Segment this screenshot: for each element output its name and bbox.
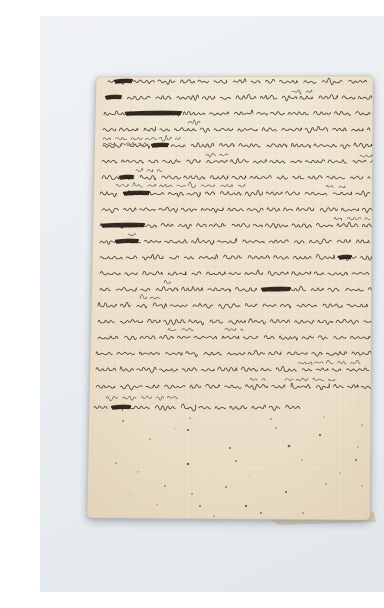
ink-bleed-spot — [245, 505, 247, 507]
ink-bleed-spot — [339, 472, 341, 474]
strikethrough-mark — [102, 224, 144, 227]
ink-bleed-spot — [156, 504, 158, 506]
ink-bleed-spot — [225, 486, 227, 488]
ink-bleed-spot — [275, 427, 277, 429]
ink-bleed-spot — [149, 438, 151, 440]
strikethrough-mark — [262, 288, 290, 291]
ink-bleed-spot — [323, 416, 324, 417]
ink-bleed-spot — [174, 428, 175, 429]
manuscript-photo — [40, 16, 384, 592]
ink-bleed-spot — [361, 424, 363, 426]
ink-bleed-spot — [137, 471, 138, 472]
ink-bleed-spot — [164, 485, 166, 487]
ink-bleed-spot — [285, 491, 287, 493]
strikethrough-mark — [116, 240, 138, 243]
strikethrough-mark — [124, 192, 149, 195]
ink-bleed-spot — [319, 434, 321, 436]
photograph-background: Photograph of a single manuscript page: … — [40, 16, 384, 592]
strikethrough-mark — [152, 144, 168, 147]
ink-bleed-spot — [270, 418, 272, 420]
ink-bleed-spot — [191, 493, 193, 495]
ink-bleed-spot — [122, 420, 124, 422]
ink-bleed-spot — [361, 485, 363, 487]
ink-bleed-spot — [115, 462, 117, 464]
ink-bleed-spot — [249, 475, 250, 476]
ink-bleed-spot — [301, 459, 303, 461]
ink-bleed-spot — [325, 483, 327, 485]
ink-bleed-spot — [355, 459, 357, 461]
ink-bleed-spot — [187, 463, 189, 465]
paper-vignette — [80, 66, 380, 528]
strikethrough-mark — [126, 112, 181, 115]
ink-bleed-spot — [235, 460, 237, 462]
ink-bleed-spot — [302, 512, 304, 514]
strikethrough-mark — [339, 256, 351, 259]
ink-bleed-spot — [229, 447, 231, 449]
ink-bleed-spot — [357, 446, 359, 448]
ink-bleed-spot — [288, 445, 291, 448]
strikethrough-mark — [115, 80, 132, 83]
ink-bleed-spot — [189, 417, 191, 419]
ink-bleed-spot — [199, 505, 201, 507]
strikethrough-mark — [106, 96, 121, 99]
strikethrough-mark — [112, 406, 130, 409]
strikethrough-mark — [120, 176, 133, 179]
ink-bleed-spot — [213, 515, 215, 517]
ink-bleed-spot — [260, 512, 262, 514]
ink-bleed-spot — [187, 429, 189, 431]
ink-bleed-spot — [129, 493, 130, 494]
